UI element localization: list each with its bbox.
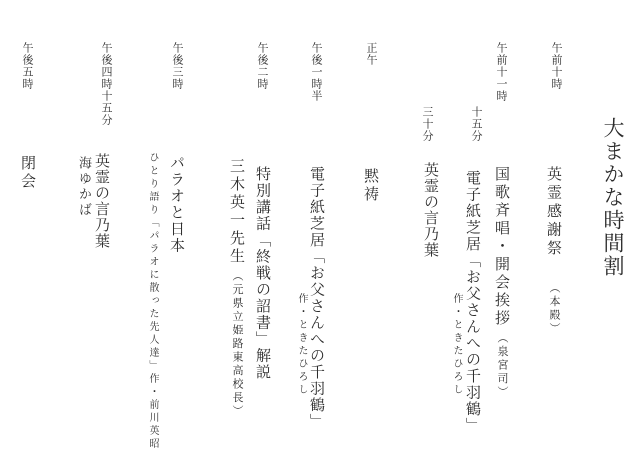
event-closing: 閉会 (20, 155, 35, 191)
event-lecturer: 三木英一先生（元県立姫路東高校長） (229, 158, 244, 419)
event-note-honden: （本殿） (548, 282, 561, 336)
event-lecture: 特別講話「終戦の詔書」解説 (255, 166, 270, 381)
lecturer-note: （元県立姫路東高校長） (231, 270, 244, 419)
time-3pm: 午後三時 (172, 42, 183, 90)
time-15min: 十五分 (471, 106, 482, 142)
event-note-priest: （泉宮司） (496, 332, 509, 400)
event-kamishibai-2: 電子紙芝居「お父さんへの千羽鶴」 (309, 166, 324, 430)
page-title: 大まかな時間割 (602, 117, 623, 278)
event-text: 国歌斉唱・開会挨拶 (493, 166, 511, 328)
event-kotonoha-2: 英霊の言乃葉 (94, 153, 109, 249)
event-anthem-opening: 国歌斉唱・開会挨拶（泉宮司） (494, 166, 509, 400)
credit-tokita-1: 作・ときたひろし (451, 293, 461, 397)
event-silent-prayer: 黙祷 (363, 168, 378, 204)
lecturer-name: 三木英一先生 (228, 158, 246, 266)
credit-maekawa: ひとり語り「パラオに散った先人達」作・前川英昭 (147, 152, 157, 451)
time-10am: 午前十時 (551, 42, 562, 90)
time-11am: 午前十一時 (496, 42, 507, 102)
event-kotonoha-1: 英霊の言乃葉 (423, 162, 438, 258)
event-text: 英霊感謝祭 (545, 166, 563, 259)
event-umiyukaba: 海ゆかば (77, 156, 90, 218)
schedule-page: 大まかな時間割 午前十時 英霊感謝祭（本殿） 午前十一時 国歌斉唱・開会挨拶（泉… (0, 0, 640, 452)
event-kamishibai-1: 電子紙芝居「お父さんへの千羽鶴」 (465, 170, 480, 434)
time-5pm: 午後五時 (22, 42, 33, 90)
event-memorial-festival: 英霊感謝祭（本殿） (546, 166, 561, 336)
time-30min: 三十分 (422, 106, 433, 142)
event-palau: パラオと日本 (169, 155, 184, 254)
time-noon: 正午 (366, 42, 377, 66)
credit-tokita-2: 作・ときたひろし (296, 293, 306, 397)
time-130pm: 午後一時半 (311, 42, 322, 102)
time-2pm: 午後二時 (257, 42, 268, 90)
time-415pm: 午後四時十五分 (101, 42, 112, 126)
